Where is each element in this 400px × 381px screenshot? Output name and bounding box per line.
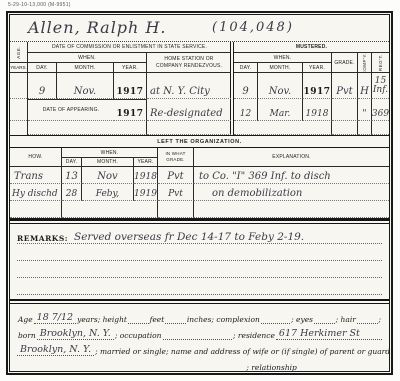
state-blank-row [28, 121, 147, 135]
in-what-grade-header: IN WHAT GRADE. [158, 148, 194, 167]
record-card: Allen, Ralph H. (104,048) AGE. YEARS. DA… [6, 11, 393, 375]
left-organization-table: HOW. WHEN. IN WHAT GRADE. EXPLANATION. D… [10, 148, 389, 219]
vitals-line-4: ; relationship [17, 356, 382, 372]
occupation-print-label: ; occupation [114, 331, 163, 340]
lo-row2-how: Hy dischd [10, 184, 62, 201]
vitals-line-3: Brooklyn, N. Y. ; married or single; nam… [17, 340, 382, 356]
mustered-row2-grade [332, 99, 358, 121]
feet-print-label: feet [149, 315, 166, 324]
born-print-label: born [17, 331, 37, 340]
lo-row2-grade: Pvt [158, 184, 194, 201]
mustered-row2-regiment: 369 [372, 99, 389, 121]
home-station-line1: at N. Y. City [147, 73, 231, 99]
lo-row1-grade: Pvt [158, 167, 194, 184]
state-when-header: WHEN. [28, 53, 147, 63]
mustered-blank-company [358, 121, 372, 135]
remarks-line: REMARKS: Served overseas fr Dec 14-17 to… [17, 227, 382, 244]
date-of-appearing-year: 1917 [114, 99, 147, 121]
state-service-table: DATE OF COMMISSION OR ENLISTMENT IN STAT… [28, 42, 231, 135]
lo-blank-when [62, 201, 158, 218]
lo-row2-explanation: on demobilization [194, 184, 389, 201]
record-card-inner: Allen, Ralph H. (104,048) AGE. YEARS. DA… [9, 14, 390, 372]
age-header: AGE. [10, 42, 27, 63]
born-value: Brooklyn, N. Y. [37, 328, 114, 340]
remarks-blank-line [17, 278, 382, 295]
how-header: HOW. [10, 148, 62, 167]
age-label: AGE. [16, 46, 21, 59]
left-organization-header: LEFT THE ORGANIZATION. [157, 139, 242, 145]
hair-print-label: ; hair [335, 315, 357, 324]
lo-row1-explanation: to Co. "I" 369 Inf. to disch [194, 167, 389, 184]
mustered-row2-day: 12 [234, 99, 258, 121]
state-day-header: DAY. [28, 63, 57, 73]
mustered-header: MUSTERED. [234, 42, 389, 53]
mustered-blank-when [234, 121, 332, 135]
mustered-grade-header: GRADE. [332, 53, 358, 73]
lo-blank-how [10, 201, 62, 218]
eyes-print-label: ; eyes [290, 315, 314, 324]
mustered-row1-month: Nov. [258, 73, 303, 99]
age-value: 18 7/12 [34, 312, 76, 324]
mustered-regiment-header: REG'T. [372, 53, 389, 73]
lo-blank-explanation [194, 201, 389, 218]
remarks-text: Served overseas fr Dec 14-17 to Feby 2-1… [74, 231, 304, 243]
mustered-day-header: DAY. [234, 63, 258, 73]
explanation-header: EXPLANATION. [194, 148, 389, 167]
mustered-month-header: MONTH. [258, 63, 303, 73]
hair-blank [357, 315, 378, 324]
vitals-section: Age 18 7/12 years; height feet inches; c… [10, 304, 389, 372]
age-blank-cell [10, 99, 27, 121]
lo-day-header: DAY. [62, 158, 82, 167]
company-label: COMP'Y. [362, 53, 367, 73]
lo-row1-month: Nov [82, 167, 134, 184]
lo-row2-year: 1919 [134, 184, 158, 201]
mustered-blank-regiment [372, 121, 389, 135]
lo-row1-year: 1918 [134, 167, 158, 184]
lo-row1-how: Trans [10, 167, 62, 184]
home-blank-row [147, 121, 231, 135]
mustered-company-header: COMP'Y. [358, 53, 372, 73]
remarks-blank-line [17, 261, 382, 278]
height-print-label: years; height [76, 315, 128, 324]
age-print-label: Age [17, 315, 34, 324]
inches-print-label: inches; complexion [186, 315, 261, 324]
mustered-row2-month: Mar. [258, 99, 303, 121]
mustered-row1-day: 9 [234, 73, 258, 99]
service-number: (104,048) [212, 20, 294, 35]
wife-parent-blank [17, 363, 245, 372]
name-row: Allen, Ralph H. (104,048) [10, 15, 389, 42]
height-inches-blank [165, 315, 186, 324]
age-column: AGE. YEARS. [10, 42, 28, 135]
state-day-value: 9 [28, 73, 57, 99]
mustered-row2-company: " [358, 99, 372, 121]
mustered-row1-company: H [358, 73, 372, 99]
age-value-cell [10, 73, 27, 99]
residence-print-label: ; residence [232, 331, 276, 340]
form-print-code: 5-29-10-13,000 (M-9951) [8, 2, 71, 8]
mustered-row1-grade: Pvt [332, 73, 358, 99]
relationship-blank [298, 363, 382, 372]
state-month-value: Nov. [57, 73, 114, 99]
mustered-table: MUSTERED. WHEN. GRADE. COMP'Y. REG'T. DA… [233, 42, 389, 135]
soldier-name: Allen, Ralph H. [28, 18, 166, 37]
lo-when-header: WHEN. [62, 148, 158, 158]
mustered-row1-regiment: 15 Inf. [372, 73, 389, 99]
age-years-header: YEARS. [10, 63, 27, 73]
mustered-when-header: WHEN. [234, 53, 332, 63]
lo-row1-day: 13 [62, 167, 82, 184]
regiment-label: REG'T. [378, 54, 383, 71]
relationship-print-label: ; relationship [245, 363, 297, 372]
mustered-blank-grade [332, 121, 358, 135]
semicolon-print: ; [378, 315, 383, 324]
mustered-row1-year: 1917 [303, 73, 332, 99]
lo-month-header: MONTH. [82, 158, 134, 167]
occupation-blank [163, 331, 232, 340]
remarks-blank-line [17, 244, 382, 261]
lo-row2-day: 28 [62, 184, 82, 201]
home-station-line2: Re-designated [147, 99, 231, 121]
lo-row2-month: Feby, [82, 184, 134, 201]
height-feet-blank [128, 315, 149, 324]
state-service-header: DATE OF COMMISSION OR ENLISTMENT IN STAT… [28, 42, 231, 53]
lo-blank-grade [158, 201, 194, 218]
complexion-blank [261, 315, 290, 324]
vitals-line-1: Age 18 7/12 years; height feet inches; c… [17, 308, 382, 324]
married-print-text: ; married or single; name and address of… [94, 347, 390, 356]
mustered-row2-year: 1918 [303, 99, 332, 121]
lo-year-header: YEAR. [134, 158, 158, 167]
vitals-line-2: born Brooklyn, N. Y. ; occupation ; resi… [17, 324, 382, 340]
residence-value: 617 Herkimer St [276, 328, 382, 340]
residence-city-value: Brooklyn, N. Y. [17, 344, 94, 356]
enlistment-mustered-section: AGE. YEARS. DATE OF COMMISSION OR ENLIST… [10, 42, 389, 136]
state-month-header: MONTH. [57, 63, 114, 73]
left-organization-band: LEFT THE ORGANIZATION. [10, 136, 389, 148]
state-year-header: YEAR. [114, 63, 147, 73]
state-year-value: 1917 [114, 73, 147, 99]
home-station-header: HOME STATION OR COMPANY RENDEZVOUS. [147, 53, 231, 73]
mustered-year-header: YEAR. [303, 63, 332, 73]
date-of-appearing-header: DATE OF APPEARING. [28, 99, 114, 121]
eyes-blank [314, 315, 335, 324]
remarks-label: REMARKS: [17, 234, 68, 243]
remarks-section: REMARKS: Served overseas fr Dec 14-17 to… [10, 224, 389, 299]
